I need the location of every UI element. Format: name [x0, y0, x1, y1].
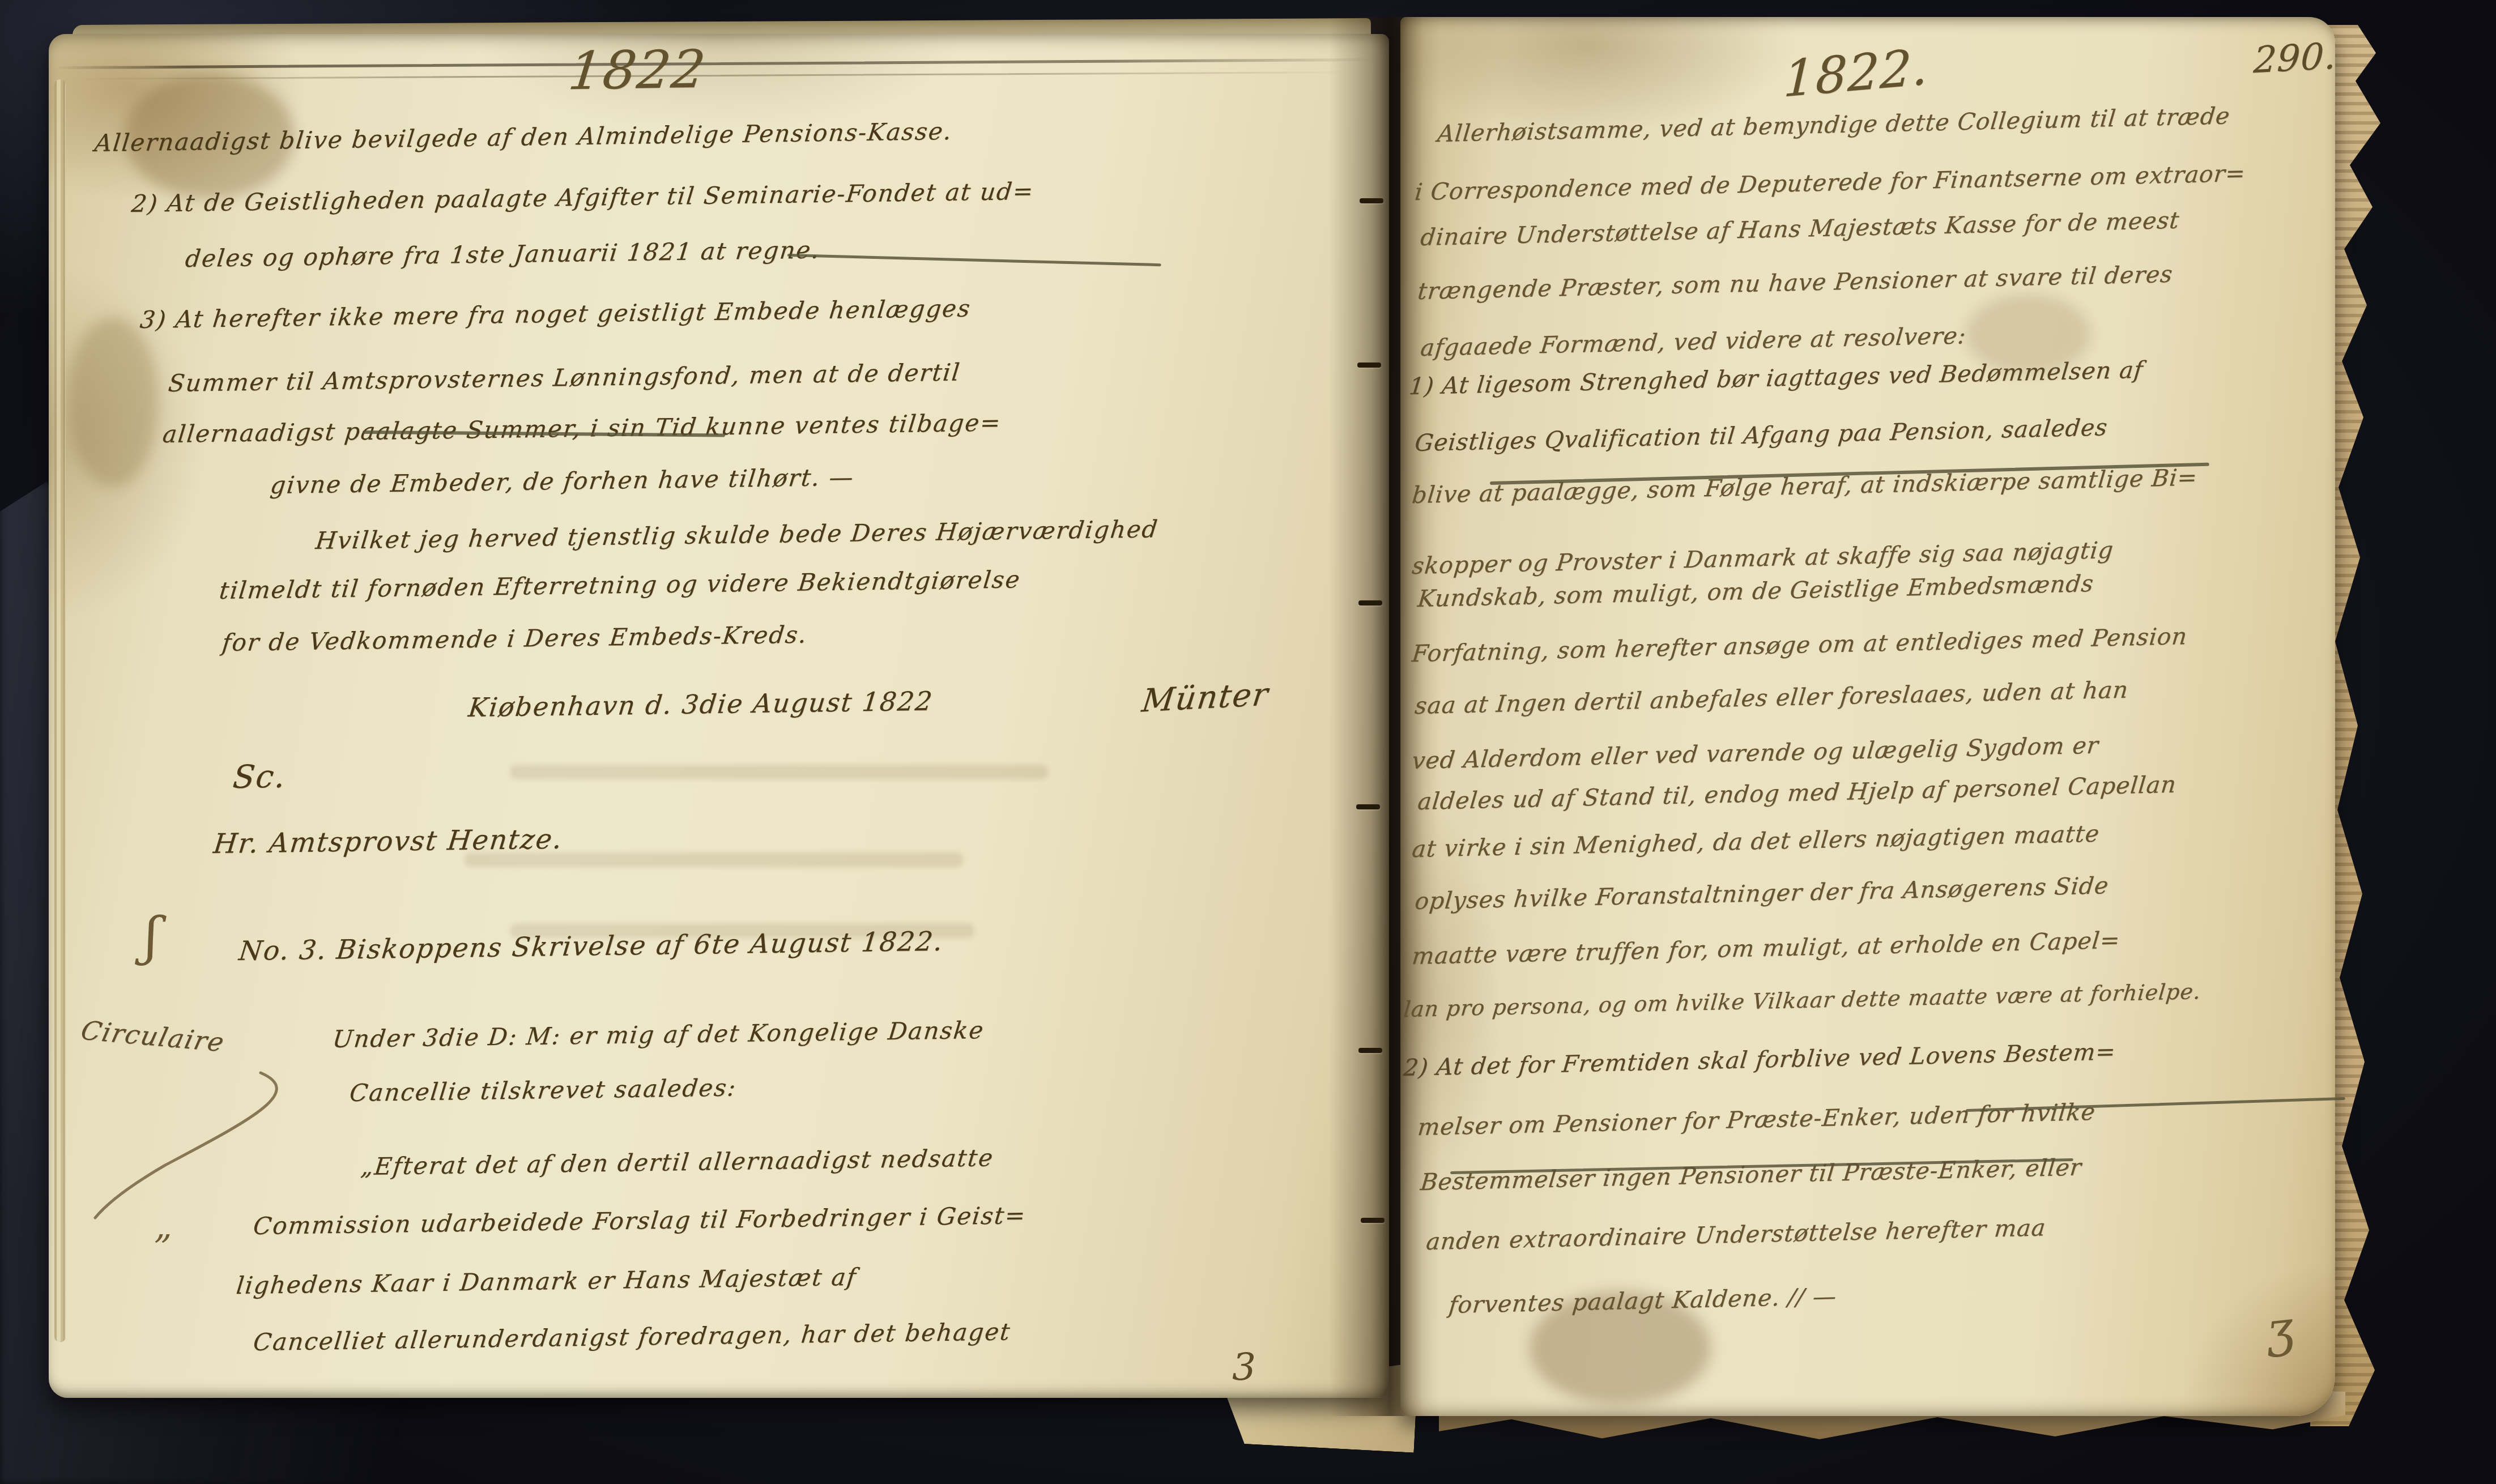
- binding-stitch: [1361, 1218, 1385, 1223]
- archival-photo: 1822 Allernaadigst blive bevilgede af de…: [0, 0, 2496, 1484]
- left-page-edge-stack: [54, 79, 66, 1342]
- paper-stain: [68, 317, 159, 487]
- year-header-left: 1822: [565, 39, 709, 102]
- binding-stitch: [1360, 198, 1383, 203]
- dateline: Kiøbenhavn d. 3die August 1822: [467, 686, 935, 723]
- binding-stitch: [1356, 804, 1380, 809]
- binding-stitch: [1358, 600, 1382, 605]
- gathering-mark: 3: [1232, 1345, 1256, 1389]
- margin-section-mark: ʃ: [144, 906, 159, 967]
- page-number: 290.: [2252, 35, 2337, 82]
- abbreviation-mark: Sc.: [231, 758, 288, 796]
- binding-stitch: [1357, 363, 1381, 368]
- manuscript-line: Cancellie tilskrevet saaledes:: [348, 1073, 738, 1107]
- binding-stitch: [1358, 1048, 1382, 1053]
- circulaire-flourish: [79, 1052, 317, 1234]
- addressee-line: Hr. Amtsprovst Hentze.: [212, 823, 564, 860]
- end-flourish-mark: ʒ: [2263, 1300, 2297, 1359]
- margin-quote-mark: „: [154, 1205, 172, 1247]
- signature-munter: Münter: [1140, 676, 1271, 719]
- ink-show-through: [510, 765, 1048, 779]
